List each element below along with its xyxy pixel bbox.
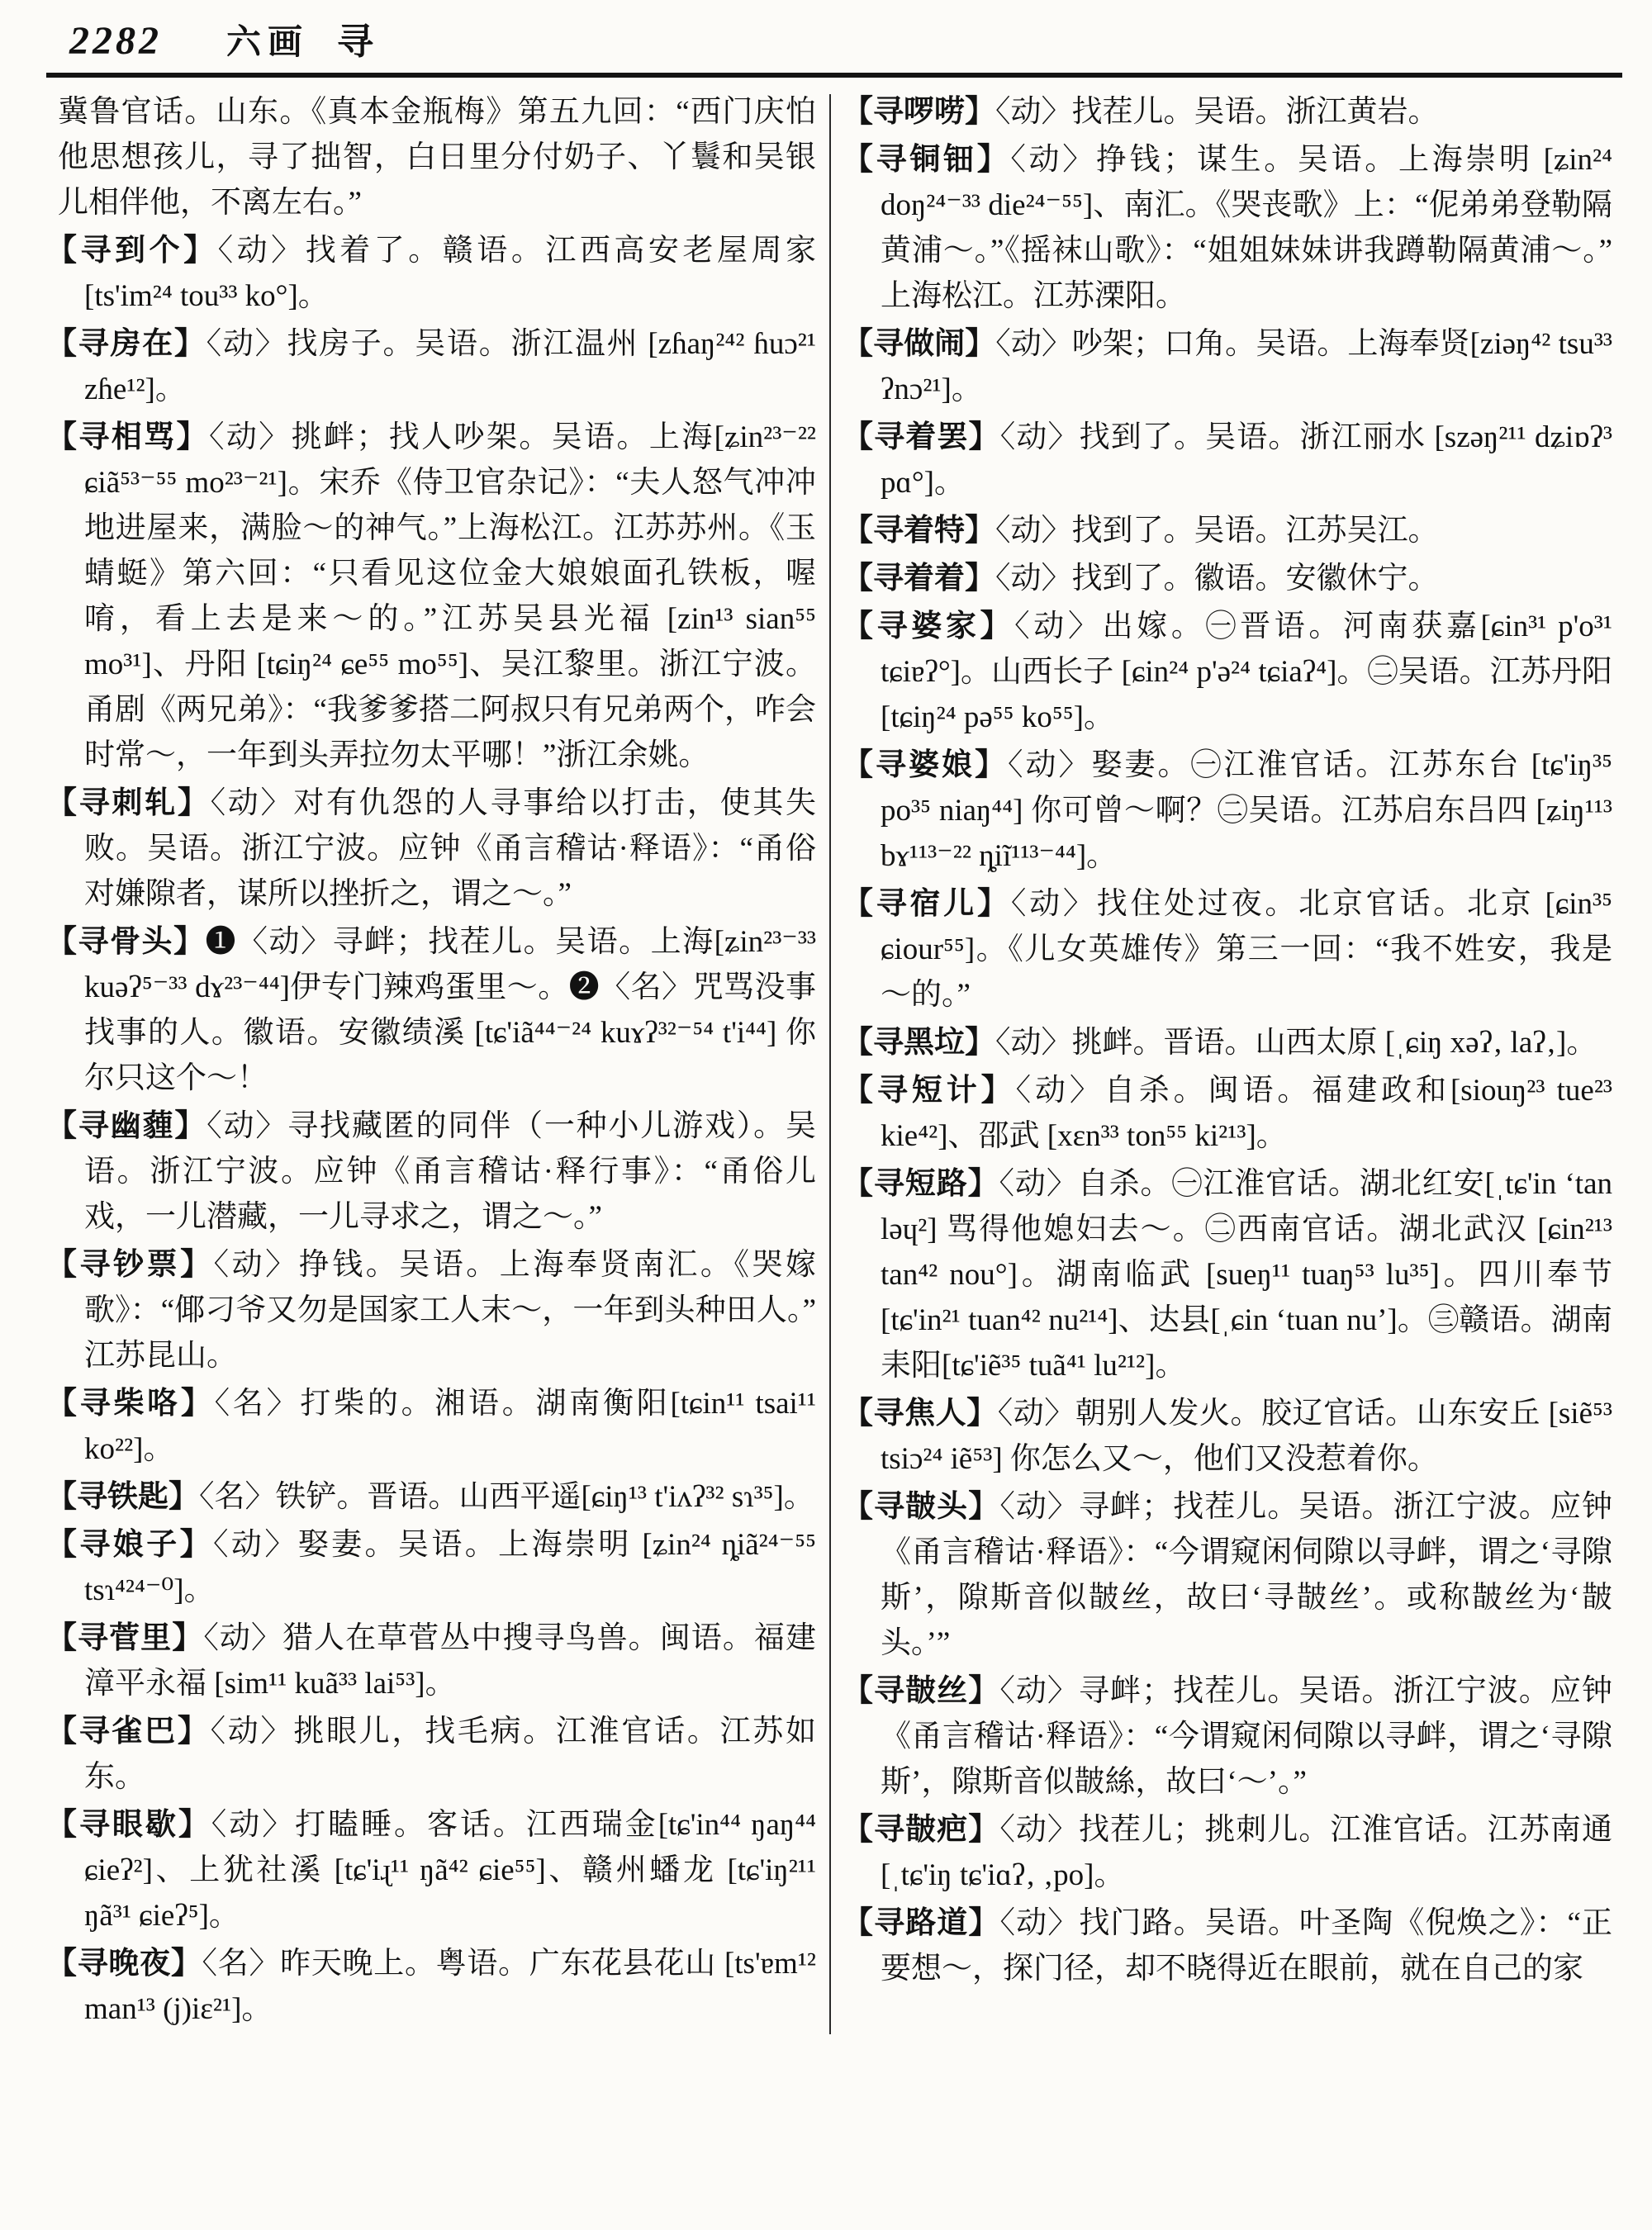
entry-headword: 【寻皵丝】: [843, 1674, 999, 1708]
entry-headword: 【寻幽薶】: [46, 1109, 206, 1143]
dictionary-entry: 【寻路道】〈动〉找门路。吴语。叶圣陶《倪焕之》：“正要想～，探门径，却不晓得近在…: [843, 1900, 1612, 1991]
entry-body: 〈名〉铁铲。晋语。山西平遥[ɕiŋ¹³ t'iʌʔ³² sɿ³⁵]。: [199, 1480, 814, 1514]
dictionary-entry: 【寻骨头】❶〈动〉寻衅；找茬儿。吴语。上海[ʑin²³⁻³³ kuəʔ⁵⁻³³ …: [46, 919, 816, 1101]
dictionary-entry: 【寻着特】〈动〉找到了。吴语。江苏吴江。: [843, 508, 1612, 553]
entry-headword: 【寻皵头】: [843, 1490, 999, 1524]
dictionary-entry: 【寻皵头】〈动〉寻衅；找茬儿。吴语。浙江宁波。应钟《甬言稽诂·释语》：“今谓窥闲…: [843, 1484, 1612, 1666]
dictionary-entry: 【寻啰唠】〈动〉找茬儿。吴语。浙江黄岩。: [843, 89, 1612, 135]
entry-headword: 【寻婆娘】: [843, 748, 1008, 782]
header-rule: [46, 73, 1622, 78]
entry-body: 〈动〉找茬儿。吴语。浙江黄岩。: [995, 95, 1439, 129]
entry-headword: 【寻刺轧】: [46, 786, 211, 820]
dictionary-entry: 【寻短计】〈动〉自杀。闽语。福建政和[siouŋ²³ tue²³ kie⁴²]、…: [843, 1068, 1612, 1159]
left-column: 冀鲁官话。山东。《真本金瓶梅》第五九回：“西门庆怕他思想孩儿，寻了拙智，白日里分…: [46, 89, 816, 2034]
dictionary-entry: 【寻做闹】〈动〉吵架；口角。吴语。上海奉贤[ziəŋ⁴² tsu³³ ʔnɔ²¹…: [843, 321, 1612, 412]
dictionary-entry: 【寻短路】〈动〉自杀。㊀江淮官话。湖北红安[ˌtɕ'in ‘tan ləɥ²] …: [843, 1161, 1612, 1388]
entry-headword: 【寻晚夜】: [46, 1947, 202, 1981]
entry-headword: 【寻着特】: [843, 514, 995, 548]
dictionary-entry: 【寻幽薶】〈动〉寻找藏匿的同伴（一种小儿游戏）。吴语。浙江宁波。应钟《甬言稽诂·…: [46, 1103, 816, 1240]
entry-headword: 【寻黑垃】: [843, 1026, 995, 1060]
entry-headword: 【寻铁匙】: [46, 1480, 199, 1514]
radical-label: 寻: [337, 12, 373, 64]
dictionary-entry: 【寻婆家】〈动〉出嫁。㊀晋语。河南获嘉[ɕin³¹ p'o³¹ tɕiɐʔ°]。…: [843, 604, 1612, 740]
column-divider: [829, 94, 831, 2034]
dictionary-entry: 【寻眼歇】〈动〉打瞌睡。客话。江西瑞金[tɕ'in⁴⁴ ŋaŋ⁴⁴ ɕieʔ²]…: [46, 1802, 816, 1938]
dictionary-entry: 【寻黑垃】〈动〉挑衅。晋语。山西太原 [ˌɕiŋ xəʔ‚ laʔ‚]。: [843, 1020, 1612, 1065]
entry-headword: 【寻雀巴】: [46, 1715, 211, 1748]
dictionary-entry: 【寻铁匙】〈名〉铁铲。晋语。山西平遥[ɕiŋ¹³ t'iʌʔ³² sɿ³⁵]。: [46, 1474, 816, 1520]
dictionary-entry: 【寻婆娘】〈动〉娶妻。㊀江淮官话。江苏东台 [tɕ'iŋ³⁵ po³⁵ niaŋ…: [843, 743, 1612, 879]
entry-body: 〈动〉挑衅；找人吵架。吴语。上海[ʑin²³⁻²² ɕiã⁵³⁻⁵⁵ mo²³⁻…: [84, 420, 816, 772]
two-column-body: 冀鲁官话。山东。《真本金瓶梅》第五九回：“西门庆怕他思想孩儿，寻了拙智，白日里分…: [46, 89, 1622, 2034]
dictionary-entry: 【寻晚夜】〈名〉昨天晚上。粤语。广东花县花山 [ts'ɐm¹² man¹³ (j…: [46, 1941, 816, 2032]
entry-headword: 【寻着罢】: [843, 420, 1000, 454]
dictionary-page: 2282 六画 寻 冀鲁官话。山东。《真本金瓶梅》第五九回：“西门庆怕他思想孩儿…: [0, 0, 1652, 2230]
entry-headword: 【寻短计】: [843, 1074, 1016, 1108]
entry-headword: 【寻宿儿】: [843, 887, 1011, 921]
dictionary-entry: 【寻雀巴】〈动〉挑眼儿，找毛病。江淮官话。江苏如东。: [46, 1709, 816, 1800]
dictionary-entry: 【寻菅里】〈动〉猎人在草菅丛中搜寻鸟兽。闽语。福建漳平永福 [sim¹¹ kuã…: [46, 1616, 816, 1706]
dictionary-entry: 【寻宿儿】〈动〉找住处过夜。北京官话。北京 [ɕin³⁵ ɕiour⁵⁵]。《儿…: [843, 881, 1612, 1018]
entry-headword: 【寻菅里】: [46, 1621, 203, 1655]
entry-headword: 【寻着着】: [843, 562, 995, 595]
entry-headword: 【寻焦人】: [843, 1397, 998, 1431]
entry-body: 〈动〉挑衅。晋语。山西太原 [ˌɕiŋ xəʔ‚ laʔ‚]。: [995, 1026, 1597, 1060]
entry-headword: 【寻骨头】: [46, 925, 206, 959]
dictionary-entry: 【寻娘子】〈动〉娶妻。吴语。上海崇明 [ʑin²⁴ ȵiã²⁴⁻⁵⁵ tsɿ⁴²…: [46, 1522, 816, 1613]
page-header: 2282 六画 寻: [69, 12, 1622, 64]
entry-headword: 【寻钞票】: [46, 1248, 214, 1282]
dictionary-entry: 【寻铜钿】〈动〉挣钱；谋生。吴语。上海崇明 [ʑin²⁴ doŋ²⁴⁻³³ di…: [843, 137, 1612, 319]
dictionary-entry: 【寻皵疤】〈动〉找茬儿；挑刺儿。江淮官话。江苏南通 [ˌtɕ'iŋ tɕ'iɑʔ…: [843, 1807, 1612, 1898]
dictionary-entry: 【寻焦人】〈动〉朝别人发火。胶辽官话。山东安丘 [siẽ⁵³ tsiɔ²⁴ iẽ…: [843, 1391, 1612, 1482]
dictionary-entry: 【寻着着】〈动〉找到了。徽语。安徽休宁。: [843, 556, 1612, 601]
entry-headword: 【寻婆家】: [843, 610, 1014, 643]
entry-headword: 【寻短路】: [843, 1167, 999, 1201]
entry-body: 〈动〉找到了。吴语。江苏吴江。: [995, 514, 1439, 548]
entry-headword: 【寻皵疤】: [843, 1813, 999, 1847]
section-label: 六画: [226, 15, 309, 64]
dictionary-entry: 【寻刺轧】〈动〉对有仇怨的人寻事给以打击，使其失败。吴语。浙江宁波。应钟《甬言稽…: [46, 780, 816, 917]
entry-headword: 【寻房在】: [46, 327, 206, 361]
dictionary-entry: 【寻柴咯】〈名〉打柴的。湘语。湖南衡阳[tɕin¹¹ tsai¹¹ ko²²]。: [46, 1381, 816, 1472]
entry-headword: 【寻柴咯】: [46, 1387, 215, 1421]
dictionary-entry: 【寻着罢】〈动〉找到了。吴语。浙江丽水 [szəŋ²¹¹ dʑiɒʔ³ pɑ°]…: [843, 415, 1612, 505]
entry-headword: 【寻相骂】: [46, 420, 209, 454]
entry-headword: 【寻到个】: [46, 234, 218, 268]
entry-body: 〈动〉找到了。徽语。安徽休宁。: [995, 562, 1439, 595]
entry-headword: 【寻路道】: [843, 1906, 1000, 1940]
right-column: 【寻啰唠】〈动〉找茬儿。吴语。浙江黄岩。 【寻铜钿】〈动〉挣钱；谋生。吴语。上海…: [843, 89, 1612, 2034]
dictionary-entry: 【寻到个】〈动〉找着了。赣语。江西高安老屋周家 [ts'im²⁴ tou³³ k…: [46, 228, 816, 319]
dictionary-entry: 【寻相骂】〈动〉挑衅；找人吵架。吴语。上海[ʑin²³⁻²² ɕiã⁵³⁻⁵⁵ …: [46, 415, 816, 778]
dictionary-entry: 【寻皵丝】〈动〉寻衅；找茬儿。吴语。浙江宁波。应钟《甬言稽诂·释语》：“今谓窥闲…: [843, 1668, 1612, 1805]
continuation-paragraph: 冀鲁官话。山东。《真本金瓶梅》第五九回：“西门庆怕他思想孩儿，寻了拙智，白日里分…: [46, 89, 816, 225]
dictionary-entry: 【寻钞票】〈动〉挣钱。吴语。上海奉贤南汇。《哭嫁歌》：“倻刁爷又勿是国家工人末～…: [46, 1242, 816, 1378]
entry-headword: 【寻娘子】: [46, 1528, 213, 1562]
entry-headword: 【寻啰唠】: [843, 95, 995, 129]
entry-headword: 【寻铜钿】: [843, 143, 1010, 177]
entry-headword: 【寻做闹】: [843, 327, 995, 361]
entry-headword: 【寻眼歇】: [46, 1808, 211, 1842]
page-number: 2282: [69, 18, 162, 64]
dictionary-entry: 【寻房在】〈动〉找房子。吴语。浙江温州 [zɦaŋ²⁴² ɦuɔ²¹ zɦe¹²…: [46, 321, 816, 412]
